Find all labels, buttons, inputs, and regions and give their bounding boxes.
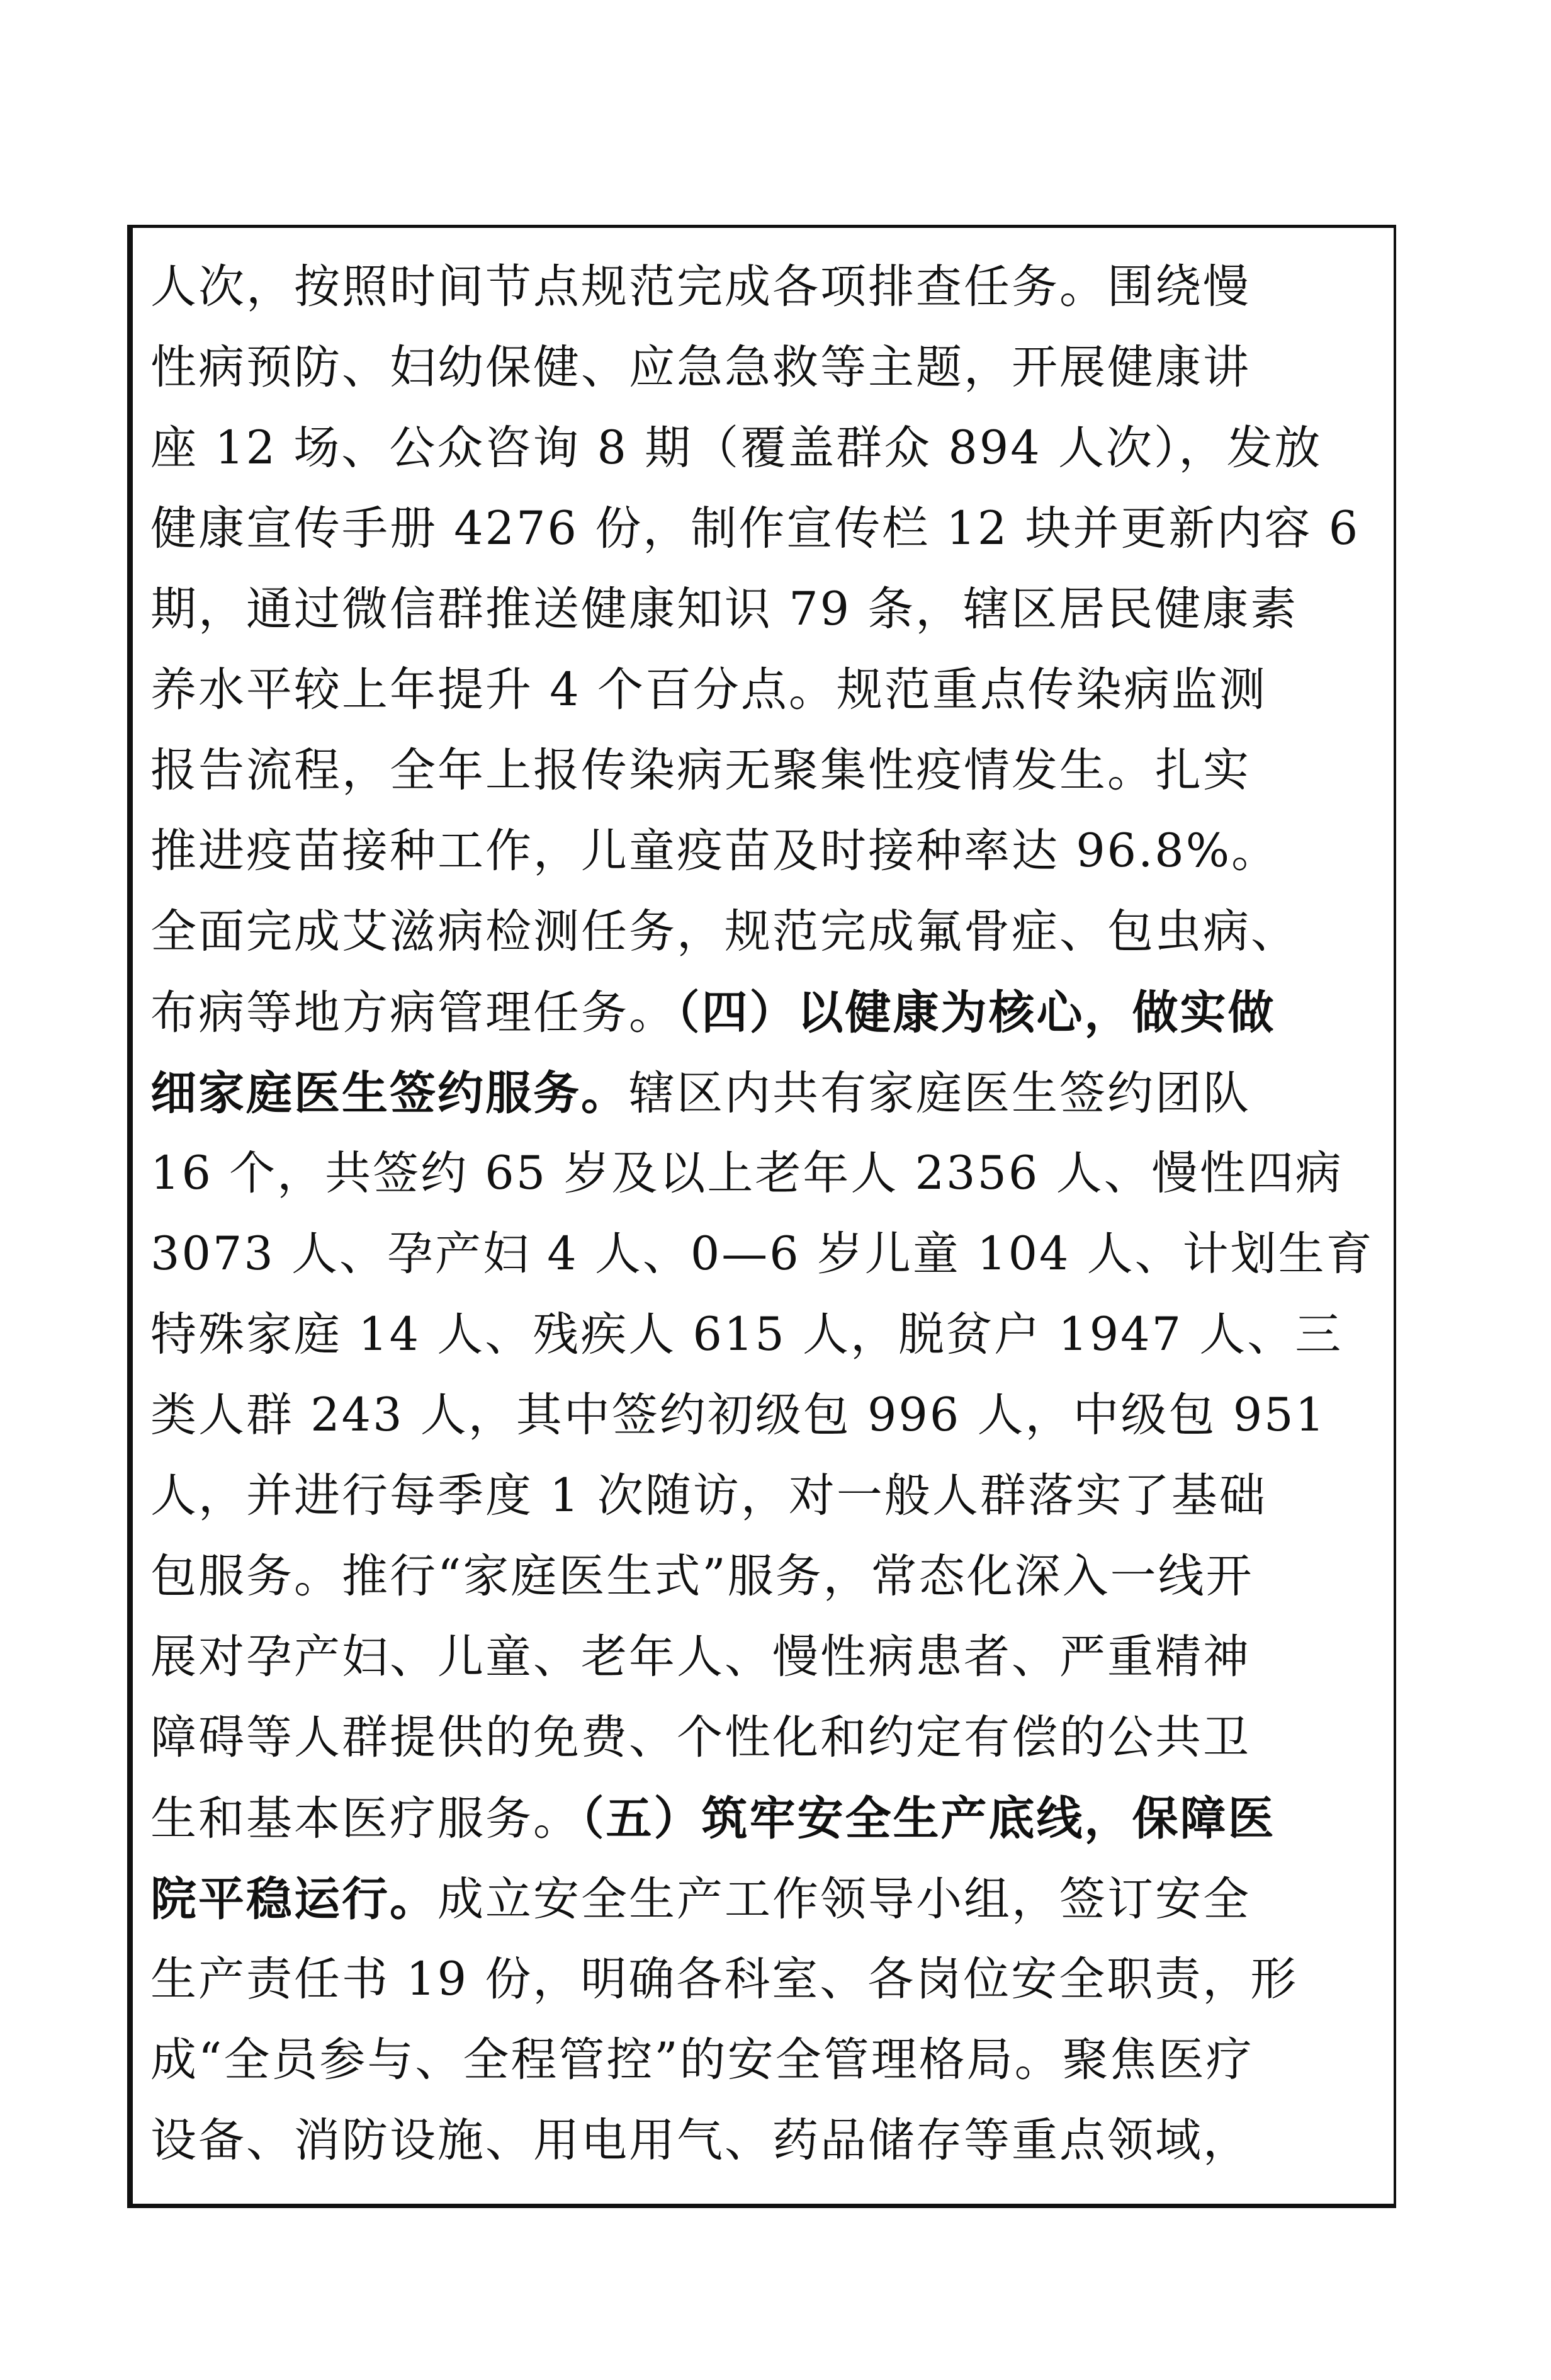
text-line: 包服务。推行“家庭医生式”服务，常态化深入一线开: [150, 1536, 1374, 1617]
text-line: 类人群 243 人，其中签约初级包 996 人，中级包 951: [150, 1375, 1374, 1456]
body-text: 类人群 243 人，其中签约初级包 996 人，中级包 951: [150, 1388, 1326, 1442]
body-text: 性病预防、妇幼保健、应急急救等主题，开展健康讲: [150, 341, 1251, 394]
body-text: 推进疫苗接种工作，儿童疫苗及时接种率达 96.8%。: [150, 824, 1279, 878]
body-text: 生和基本医疗服务。: [150, 1792, 581, 1845]
text-line: 生和基本医疗服务。（五）筑牢安全生产底线，保障医: [150, 1778, 1374, 1859]
text-line: 特殊家庭 14 人、残疾人 615 人，脱贫户 1947 人、三: [150, 1295, 1374, 1375]
body-text: 座 12 场、公众咨询 8 期（覆盖群众 894 人次），发放: [150, 421, 1322, 475]
section-heading-text: 院平稳运行。: [150, 1872, 437, 1926]
body-text: 养水平较上年提升 4 个百分点。规范重点传染病监测: [150, 663, 1267, 717]
body-text: 成立安全生产工作领导小组，签订安全: [437, 1873, 1251, 1926]
body-text: 生产责任书 19 份，明确各科室、各岗位安全职责，形: [150, 1952, 1298, 2006]
body-text: 期，通过微信群推送健康知识 79 条，辖区居民健康素: [150, 582, 1298, 636]
text-line: 推进疫苗接种工作，儿童疫苗及时接种率达 96.8%。: [150, 811, 1374, 892]
body-text: 人次，按照时间节点规范完成各项排查任务。围绕慢: [150, 260, 1251, 314]
body-text: 全面完成艾滋病检测任务，规范完成氟骨症、包虫病、: [150, 905, 1299, 958]
body-text: 成“全员参与、全程管控”的安全管理格局。聚焦医疗: [150, 2033, 1254, 2087]
text-line: 人次，按照时间节点规范完成各项排查任务。围绕慢: [150, 247, 1374, 327]
body-text: 障碍等人群提供的免费、个性化和约定有偿的公共卫: [150, 1711, 1251, 1764]
report-table: 人次，按照时间节点规范完成各项排查任务。围绕慢性病预防、妇幼保健、应急急救等主题…: [127, 225, 1396, 2208]
text-line: 座 12 场、公众咨询 8 期（覆盖群众 894 人次），发放: [150, 408, 1374, 489]
text-line: 障碍等人群提供的免费、个性化和约定有偿的公共卫: [150, 1697, 1374, 1778]
text-line: 生产责任书 19 份，明确各科室、各岗位安全职责，形: [150, 1939, 1374, 2020]
body-text: 布病等地方病管理任务。: [150, 986, 677, 1040]
body-text: 特殊家庭 14 人、残疾人 615 人，脱贫户 1947 人、三: [150, 1308, 1343, 1361]
text-line: 健康宣传手册 4276 份，制作宣传栏 12 块并更新内容 6: [150, 489, 1374, 569]
body-text: 包服务。推行“家庭医生式”服务，常态化深入一线开: [150, 1550, 1254, 1603]
text-line: 报告流程，全年上报传染病无聚集性疫情发生。扎实: [150, 730, 1374, 811]
text-line: 展对孕产妇、儿童、老年人、慢性病患者、严重精神: [150, 1617, 1374, 1697]
table-right-cell: 人次，按照时间节点规范完成各项排查任务。围绕慢性病预防、妇幼保健、应急急救等主题…: [133, 228, 1399, 2204]
body-text: 辖区内共有家庭医生签约团队: [629, 1067, 1251, 1120]
body-text: 3073 人、孕产妇 4 人、0—6 岁儿童 104 人、计划生育: [150, 1227, 1374, 1281]
text-line: 布病等地方病管理任务。（四）以健康为核心，做实做: [150, 972, 1374, 1053]
text-line: 细家庭医生签约服务。辖区内共有家庭医生签约团队: [150, 1053, 1374, 1133]
section-heading-text: （五）筑牢安全生产底线，保障医: [581, 1791, 1276, 1845]
body-text: 人，并进行每季度 1 次随访，对一般人群落实了基础: [150, 1469, 1267, 1522]
body-text: 展对孕产妇、儿童、老年人、慢性病患者、严重精神: [150, 1630, 1251, 1684]
document-page: 人次，按照时间节点规范完成各项排查任务。围绕慢性病预防、妇幼保健、应急急救等主题…: [0, 0, 1551, 2380]
text-line: 16 个，共签约 65 岁及以上老年人 2356 人、慢性四病: [150, 1133, 1374, 1214]
body-text: 16 个，共签约 65 岁及以上老年人 2356 人、慢性四病: [150, 1147, 1343, 1200]
text-line: 性病预防、妇幼保健、应急急救等主题，开展健康讲: [150, 327, 1374, 408]
text-line: 期，通过微信群推送健康知识 79 条，辖区居民健康素: [150, 569, 1374, 650]
section-heading-text: 细家庭医生签约服务。: [150, 1066, 629, 1120]
body-text: 健康宣传手册 4276 份，制作宣传栏 12 块并更新内容 6: [150, 502, 1360, 555]
text-line: 院平稳运行。成立安全生产工作领导小组，签订安全: [150, 1859, 1374, 1939]
text-line: 设备、消防设施、用电用气、药品储存等重点领域，: [150, 2100, 1374, 2181]
text-line: 人，并进行每季度 1 次随访，对一般人群落实了基础: [150, 1456, 1374, 1536]
body-text: 设备、消防设施、用电用气、药品储存等重点领域，: [150, 2114, 1251, 2167]
text-line: 3073 人、孕产妇 4 人、0—6 岁儿童 104 人、计划生育: [150, 1214, 1374, 1295]
text-line: 成“全员参与、全程管控”的安全管理格局。聚焦医疗: [150, 2020, 1374, 2100]
section-heading-text: （四）以健康为核心，做实做: [677, 985, 1276, 1040]
text-line: 全面完成艾滋病检测任务，规范完成氟骨症、包虫病、: [150, 892, 1374, 972]
body-text: 报告流程，全年上报传染病无聚集性疫情发生。扎实: [150, 744, 1251, 797]
text-line: 养水平较上年提升 4 个百分点。规范重点传染病监测: [150, 650, 1374, 730]
